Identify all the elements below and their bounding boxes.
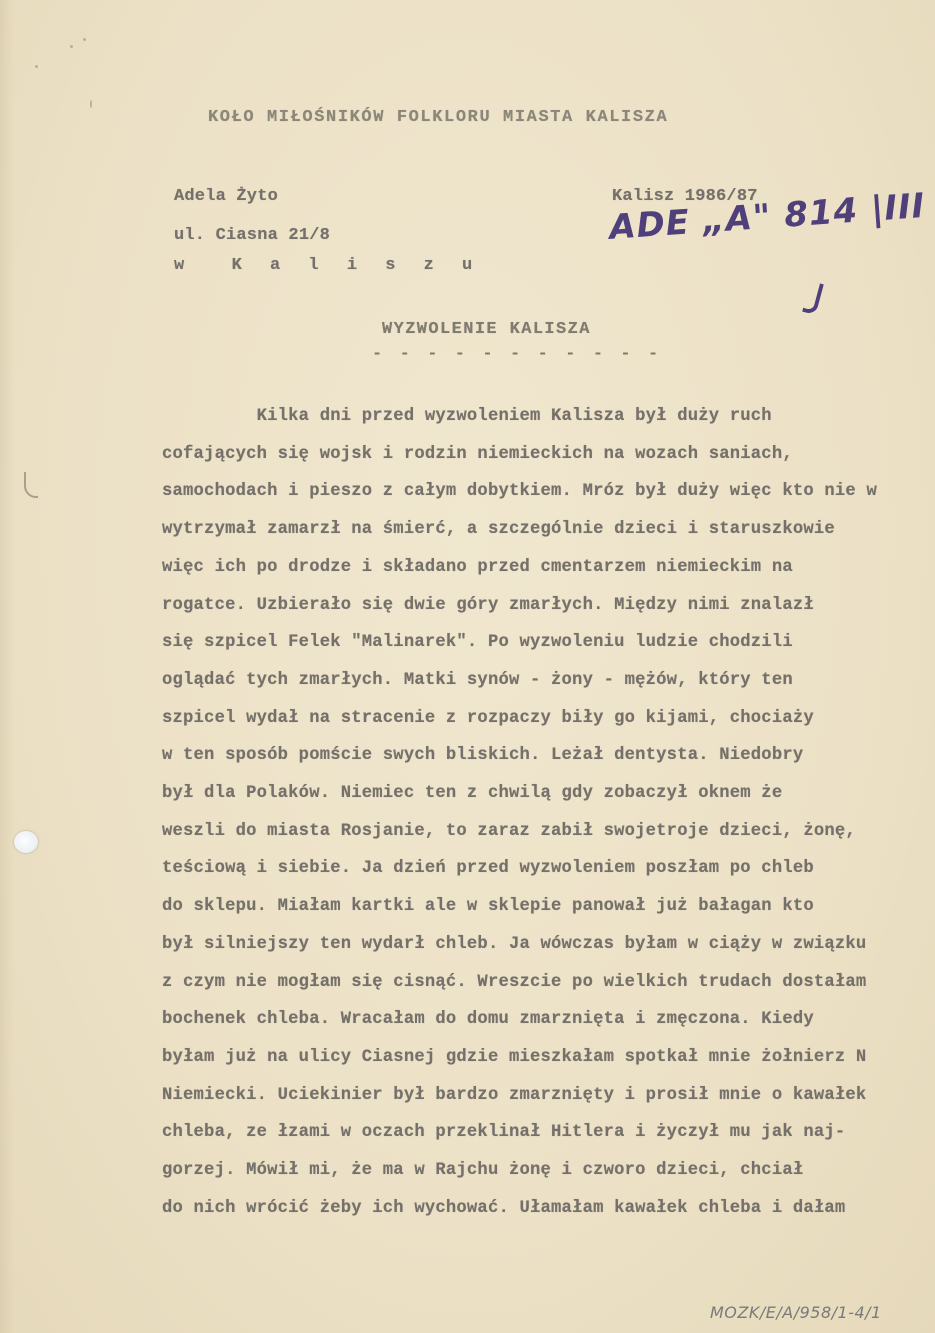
body-line: do sklepu. Miałam kartki ale w sklepie p… xyxy=(162,897,814,916)
body-line: bochenek chleba. Wracałam do domu zmarzn… xyxy=(162,1010,814,1029)
title-underline: - - - - - - - - - - - xyxy=(372,345,662,364)
body-line: Niemiecki. Uciekinier był bardzo zmarzni… xyxy=(162,1086,866,1105)
handwritten-stroke xyxy=(802,281,824,316)
author-street: ul. Ciasna 21/8 xyxy=(174,226,330,245)
body-line: z czym nie mogłam się cisnąć. Wreszcie p… xyxy=(162,973,866,992)
body-line: rogatce. Uzbierało się dwie góry zmarłyc… xyxy=(162,596,814,615)
body-line: weszli do miasta Rosjanie, to zaraz zabi… xyxy=(162,822,856,841)
body-line: do nich wrócić żeby ich wychować. Ułamał… xyxy=(162,1199,845,1218)
body-line: się szpicel Felek "Malinarek". Po wyzwol… xyxy=(162,633,793,652)
paper-speck xyxy=(83,38,86,41)
author-city: w K a l i s z u xyxy=(174,256,481,275)
body-line: teściową i siebie. Ja dzień przed wyzwol… xyxy=(162,859,814,878)
body-line: samochodach i pieszo z całym dobytkiem. … xyxy=(162,482,877,501)
pencil-mark xyxy=(24,472,38,498)
archive-reference: MOZK/E/A/958/1-4/1 xyxy=(710,1303,882,1322)
body-line: oglądać tych zmarłych. Matki synów - żon… xyxy=(162,671,793,690)
body-line: gorzej. Mówił mi, że ma w Rajchu żonę i … xyxy=(162,1161,803,1180)
document-page: KOŁO MIŁOŚNIKÓW FOLKLORU MIASTA KALISZA … xyxy=(0,0,935,1333)
paper-speck xyxy=(70,45,73,48)
body-line: chleba, ze łzami w oczach przeklinał Hit… xyxy=(162,1123,845,1142)
body-line: był dla Polaków. Niemiec ten z chwilą gd… xyxy=(162,784,782,803)
body-line: cofających się wojsk i rodzin niemieckic… xyxy=(162,445,793,464)
organization-header: KOŁO MIŁOŚNIKÓW FOLKLORU MIASTA KALISZA xyxy=(208,108,668,127)
body-line: wytrzymał zamarzł na śmierć, a szczególn… xyxy=(162,520,835,539)
body-line: więc ich po drodze i składano przed cmen… xyxy=(162,558,793,577)
paper-speck xyxy=(35,65,38,68)
author-name: Adela Żyto xyxy=(174,187,278,206)
body-line: w ten sposób pomście swych bliskich. Leż… xyxy=(162,746,803,765)
body-line: szpicel wydał na stracenie z rozpaczy bi… xyxy=(162,709,814,728)
paper-speck xyxy=(90,100,92,108)
document-title: WYZWOLENIE KALISZA xyxy=(382,320,591,339)
body-line: byłam już na ulicy Ciasnej gdzie mieszka… xyxy=(162,1048,866,1067)
body-line: był silniejszy ten wydarł chleb. Ja wówc… xyxy=(162,935,866,954)
body-line: Kilka dni przed wyzwoleniem Kalisza był … xyxy=(162,407,772,426)
punch-hole xyxy=(14,831,38,853)
